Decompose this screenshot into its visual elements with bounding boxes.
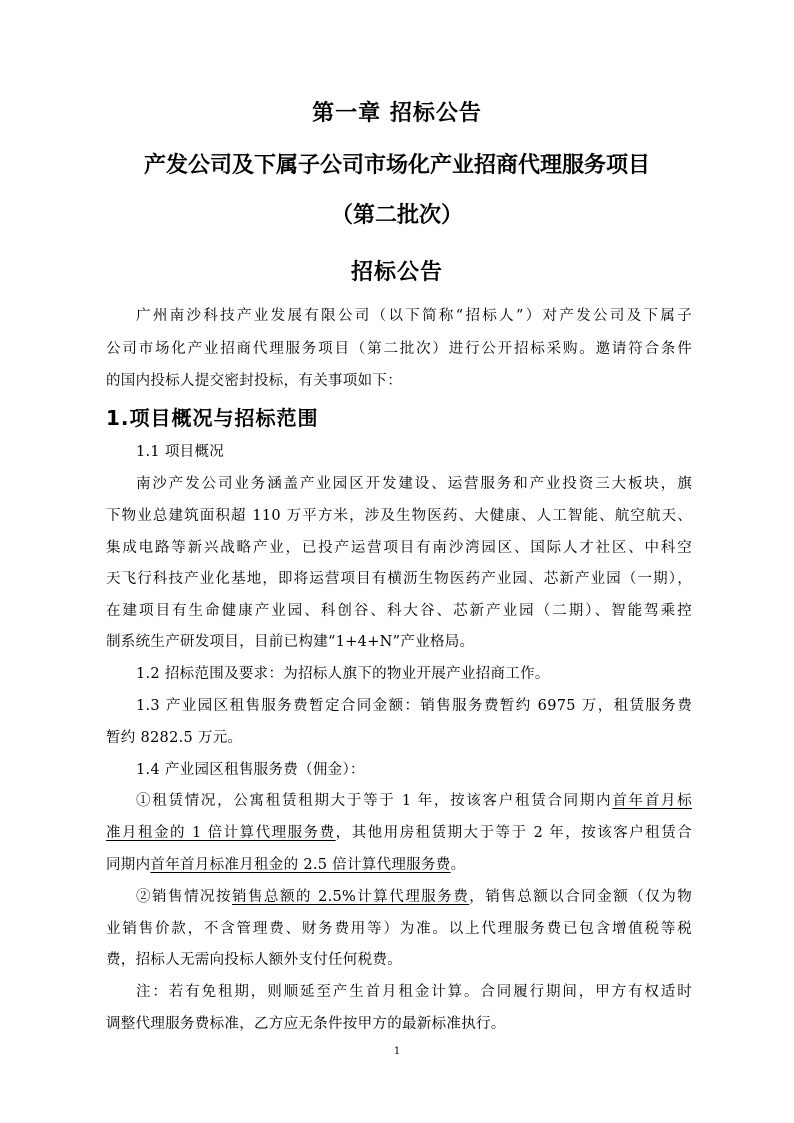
rental-line: ①租赁情况，公寓租赁租期大于等于 1 年，按该客户租赁合同期内首年首月标 [136, 791, 692, 811]
note-line: 调整代理服务费标准，乙方应无条件按甲方的最新标准执行。 [106, 1014, 692, 1034]
sales-line: 业销售价款，不含管理费、财务费用等）为准。以上代理服务费已包含增值税等税 [106, 919, 692, 939]
text: ，销售总额以合同金额（仅为物 [469, 889, 692, 905]
text: 。 [451, 857, 466, 873]
sales-line: ②销售情况按销售总额的 2.5%计算代理服务费，销售总额以合同金额（仅为物 [136, 887, 692, 907]
sales-line: 费，招标人无需向投标人额外支付任何税费。 [106, 950, 692, 970]
rental-line: 同期内首年首月标准月租金的 2.5 倍计算代理服务费。 [106, 855, 692, 875]
subsection-1-2: 1.2 招标范围及要求：为招标人旗下的物业开展产业招商工作。 [136, 664, 692, 684]
rental-line: 准月租金的 1 倍计算代理服务费，其他用房租赁期大于等于 2 年，按该客户租赁合 [106, 823, 692, 843]
paragraph-line: 制系统生产研发项目，目前已构建“1+4+N”产业格局。 [106, 632, 692, 652]
intro-line: 的国内投标人提交密封投标，有关事项如下： [106, 371, 692, 391]
paragraph-line: 暂约 8282.5 万元。 [106, 728, 692, 748]
underlined-text: 首年首月标 [612, 793, 692, 809]
intro-line: 公司市场化产业招商代理服务项目（第二批次）进行公开招标采购。邀请符合条件 [106, 339, 692, 359]
underlined-text: 准月租金的 1 倍计算代理服务费 [106, 825, 336, 841]
paragraph-line: 下物业总建筑面积超 110 万平方米，涉及生物医药、大健康、人工智能、航空航天、 [106, 506, 692, 526]
text: ，其他用房租赁期大于等于 2 年，按该客户租赁合 [336, 825, 692, 841]
paragraph-line: 集成电路等新兴战略产业，已投产运营项目有南沙湾园区、国际人才社区、中科空 [106, 538, 692, 558]
text: 同期内 [106, 857, 150, 873]
intro-line: 广州南沙科技产业发展有限公司（以下简称“招标人”）对产发公司及下属子 [136, 306, 692, 326]
paragraph-line: 天飞行科技产业化基地，即将运营项目有横沥生物医药产业园、芯新产业园（一期）， [106, 569, 692, 589]
subsection-label: 1.4 产业园区租售服务费（佣金）： [136, 760, 692, 780]
paragraph-line: 1.3 产业园区租售服务费暂定合同金额：销售服务费暂约 6975 万，租赁服务费 [136, 696, 692, 716]
underlined-text: 首年首月标准月租金的 2.5 倍计算代理服务费 [150, 857, 450, 873]
text: ②销售情况按 [136, 889, 232, 905]
note-line: 注：若有免租期，则顺延至产生首月租金计算。合同履行期间，甲方有权适时 [136, 982, 692, 1002]
chapter-title: 第一章 招标公告 [0, 96, 794, 127]
underlined-text: 销售总额的 2.5%计算代理服务费 [232, 889, 469, 905]
project-title: 产发公司及下属子公司市场化产业招商代理服务项目 [0, 148, 794, 179]
paragraph-line: 在建项目有生命健康产业园、科创谷、科大谷、芯新产业园（二期）、智能驾乘控 [106, 601, 692, 621]
batch-title: （第二批次） [0, 198, 794, 229]
section-heading: 1.项目概况与招标范围 [106, 402, 319, 431]
notice-title: 招标公告 [0, 255, 794, 286]
paragraph-line: 南沙产发公司业务涵盖产业园区开发建设、运营服务和产业投资三大板块，旗 [136, 474, 692, 494]
document-page: 第一章 招标公告 产发公司及下属子公司市场化产业招商代理服务项目 （第二批次） … [0, 0, 794, 1123]
text: ①租赁情况，公寓租赁租期大于等于 1 年，按该客户租赁合同期内 [136, 793, 612, 809]
page-number: 1 [0, 1046, 794, 1057]
subsection-label: 1.1 项目概况 [136, 442, 692, 462]
